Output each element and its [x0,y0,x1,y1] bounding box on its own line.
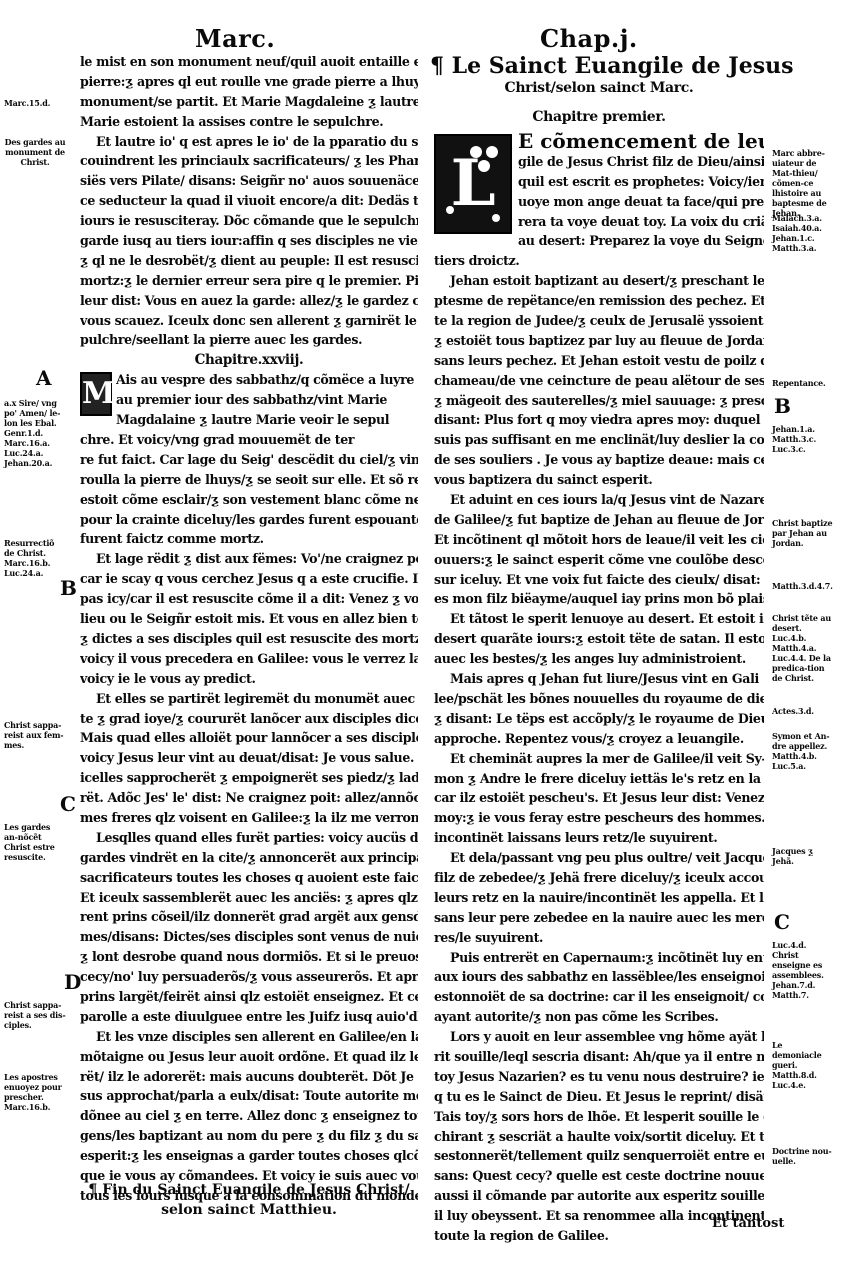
paragraph-james-john: Et dela/passant vng peu plus oultre/ vei… [434,848,764,947]
book-page: Marc. Chap.j. le mist en son monument ne… [0,0,842,1271]
gospel-title: ¶ Le Sainct Euangile de Jesus [430,52,764,80]
text-line: ouuers:ƺ le sainct esperit cõme vne coul… [434,550,764,570]
text-line: Marie estoient la assises contre le sepu… [80,112,418,132]
chapter-heading-premier: Chapitre premier. [434,106,764,128]
text-line: aussi il cõmande par autorite aux esperi… [434,1186,764,1206]
text-line: prins largët/feirët ainsi qlz estoiët en… [80,987,418,1007]
text-line: mõtaigne ou Jesus leur auoit ordõne. Et … [80,1047,418,1067]
text-line: sestonnerët/tellement quilz senquerroiët… [434,1146,764,1166]
paragraph-guards: Et lautre io' q est apres le io' de la p… [80,132,418,351]
section-marker-a: A [36,368,52,388]
text-line: mortz:ƺ le dernier erreur sera pire q le… [80,271,418,291]
text-line: es mon filz biëayme/auquel iay prins mon… [434,589,764,609]
text-line: iours ie resusciteray. Dõc cõmande que l… [80,211,418,231]
text-line: tiers droictz. [434,251,764,271]
section-marker-d: D [64,972,81,992]
text-line: rera ta voye deuat toy. La voix du criät [518,212,764,232]
text-line: voicy Jesus leur vint au deuat/disat: Je… [80,748,418,768]
text-line: siës vers Pilate/ disans: Seigñr no' auo… [80,171,418,191]
text-line: car ie scay q vous cerchez Jesus q a est… [80,569,418,589]
text-line: Et dela/passant vng peu plus oultre/ vei… [434,848,764,868]
text-line: quil est escrit es prophetes: Voicy/ien- [518,172,764,192]
text-line: Puis entrerët en Capernaum:ƺ incõtinët l… [434,948,764,968]
paragraph-women: Et elles se partirët legiremët du monumë… [80,689,418,828]
text-line: rët/ ilz le adorerët: mais aucuns doubte… [80,1067,418,1087]
margin-note-left: Marc.15.d. [4,98,66,108]
text-line: te la region de Judee/ƺ ceulx de Jerusal… [434,311,764,331]
text-line: au premier iour des sabbathz/vint Marie [116,390,418,410]
margin-note-left: a.x Sire/ vng po' Amen/ le-lon les Ebal.… [4,398,66,468]
paragraph-preaching: Mais apres q Jehan fut liure/Jesus vint … [434,669,764,749]
text-line: aux iours des sabbathz en lassëblee/les … [434,967,764,987]
text-line: mon ƺ Andre le frere diceluy iettäs le's… [434,769,764,789]
text-line: re fut faict. Car lage du Seig' descëdit… [80,450,418,470]
text-line: voicy il vous precedera en Galilee: vous… [80,649,418,669]
text-line: ƺ lont desrobe quand nous dormiõs. Et si… [80,947,418,967]
text-line: roulla la pierre de lhuys/ƺ se seoit sur… [80,470,418,490]
text-line: pulchre/seellant la pierre auec les gard… [80,330,418,350]
running-head-right: Chap.j. [540,24,638,53]
paragraph-baptism: Et aduint en ces iours la/q Jesus vint d… [434,490,764,609]
text-line: sans leurs pechez. Et Jehan estoit vestu… [434,351,764,371]
paragraph-burial: le mist en son monument neuf/quil auoit … [80,52,418,132]
text-line: ayant autorite/ƺ non pas cõme les Scribe… [434,1007,764,1027]
text-line: ƺ dictes a ses disciples quil est resusc… [80,629,418,649]
text-line: Mais quad elles alloiët pour lannõcer a … [80,728,418,748]
text-line: res/le suyuirent. [434,928,764,948]
text-line: ƺ ql ne le desrobët/ƺ dient au peuple: I… [80,251,418,271]
text-line: Lesqlles quand elles furët parties: voic… [80,828,418,848]
text-line: furent faictz comme mortz. [80,529,418,549]
text-line: rent prins cõseil/ilz donnerët grad argë… [80,907,418,927]
text-line: Tais toy/ƺ sors hors de lhõe. Et lesperi… [434,1107,764,1127]
text-line: ƺ estoiët tous baptizez par luy au fleuu… [434,331,764,351]
text-line: icelles sapprocherët ƺ empoignerët ses p… [80,768,418,788]
ornamental-initial-l: L [434,134,512,234]
text-line: ce seducteur la quad il viuoit encore/a … [80,191,418,211]
text-line: toy Jesus Nazarien? es tu venu nous dest… [434,1067,764,1087]
text-line: garde iusq au tiers iour:affin q ses dis… [80,231,418,251]
text-line: sans: Quest cecy? quelle est ceste doctr… [434,1166,764,1186]
text-line: vous scauez. Iceulx donc sen allerent ƺ … [80,311,418,331]
margin-note-left: Christ sappa-reist aux fem-mes. [4,720,66,750]
section-marker-c-right: C [774,912,790,932]
margin-note-left: Les gardes an-nõcẽt Christ estre resusci… [4,822,66,862]
text-line: chirant ƺ sescriät a haulte voix/sortit … [434,1127,764,1147]
paragraph-simon-andrew: Et cheminät aupres la mer de Galilee/il … [434,749,764,848]
colophon: ¶ Fin du Sainct Euangile de Jesus Christ… [80,1180,418,1220]
text-line: gardes vindrët en la cite/ƺ annoncerët a… [80,848,418,868]
text-line: uoye mon ange deuat ta face/qui prepa [518,192,764,212]
text-line: approche. Repentez vous/ƺ croyez a leuan… [434,729,764,749]
section-marker-b: B [60,578,77,598]
text-line: moy:ƺ ie vous feray estre pescheurs des … [434,808,764,828]
text-line: ƺ mägeoit des sauterelles/ƺ miel sauuage… [434,391,764,411]
text-line: sacrificateurs toutes les choses q auoie… [80,868,418,888]
text-line: Lors y auoit en leur assemblee vng hõme … [434,1027,764,1047]
text-line: Jehan estoit baptizant au desert/ƺ presc… [434,271,764,291]
section-marker-b-right: B [774,396,791,416]
margin-note-left: Resurrectiõ de Christ. Marc.16.b. Luc.24… [4,538,66,578]
text-line: Ais au vespre des sabbathz/q cõmëce a lu… [116,370,418,390]
text-line: lieu ou le Seigñr estoit mis. Et vous en… [80,609,418,629]
margin-note-right: Marc abbre-uiateur de Mat-thieu/ cõmen-c… [772,148,834,218]
text-line: le mist en son monument neuf/quil auoit … [80,52,418,72]
margin-note-left: Christ sappa-reist a ses dis-ciples. [4,1000,66,1030]
text-line: desert quarãte iours:ƺ estoit tëte de sa… [434,629,764,649]
margin-note-right: Jacques ƺ Jehã. [772,846,834,866]
text-line: voicy ie le vous ay predict. [80,669,418,689]
text-line: Mais apres q Jehan fut liure/Jesus vint … [434,669,764,689]
paragraph-unclean-spirit: Lors y auoit en leur assemblee vng hõme … [434,1027,764,1246]
text-line: pas icy/car il est resuscite cõme il a d… [80,589,418,609]
text-line: auec les bestes/ƺ les anges luy administ… [434,649,764,669]
gospel-subtitle: Christ/selon sainct Marc. [434,80,764,96]
text-line: pierre:ƺ apres ql eut roulle vne grade p… [80,72,418,92]
paragraph-angel: Et lage rëdit ƺ dist aux fëmes: Vo'/ne c… [80,549,418,688]
text-line: esperit:ƺ les enseignas a garder toutes … [80,1146,418,1166]
text-line: mes/disans: Dictes/ses disciples sont ve… [80,927,418,947]
text-line: lee/pschät les bõnes nouuelles du royaum… [434,689,764,709]
text-line: chre. Et voicy/vng grad mouuemët de ter [80,430,418,450]
chapter-heading-xxviii: Chapitre.xxviij. [80,350,418,370]
text-line: Et iceulx sassemblerët auec les anciës: … [80,888,418,908]
text-line: ptesme de repëtance/en remission des pec… [434,291,764,311]
text-line: cecy/no' luy persuaderõs/ƺ vous asseurer… [80,967,418,987]
margin-note-right: Symon et An-dre appellez. Matth.4.b. Luc… [772,731,834,771]
text-line: sans leur pere zebedee en la nauire auec… [434,908,764,928]
text-line: E cõmencement de leuan [518,132,764,152]
text-line: leur dist: Vous en auez la garde: allez/… [80,291,418,311]
paragraph-guards-report: Lesqlles quand elles furët parties: voic… [80,828,418,1027]
text-line: dõnee au ciel ƺ en terre. Allez donc ƺ e… [80,1106,418,1126]
text-line: gens/les baptizant au nom du pere ƺ du f… [80,1126,418,1146]
text-line: vous baptizera du sainct esperit. [434,470,764,490]
catchword: Et tantost [712,1216,784,1231]
text-line: chameau/de vne ceincture de peau alëtour… [434,371,764,391]
text-line: Magdalaine ƺ lautre Marie veoir le sepul [116,410,418,430]
paragraph-capernaum: Puis entrerët en Capernaum:ƺ incõtinët l… [434,948,764,1028]
text-line: rit souille/leql sescria disant: Ah/que … [434,1047,764,1067]
colophon-line: selon sainct Matthieu. [80,1200,418,1220]
text-line: de ses souliers . Je vous ay baptize dea… [434,450,764,470]
colophon-line: ¶ Fin du Sainct Euangile de Jesus Christ… [80,1180,418,1200]
text-line: pour la crainte diceluy/les gardes furen… [80,510,418,530]
margin-note-right: Doctrine nou-uelle. [772,1146,834,1166]
margin-note-right: Christ tẽte au desert. Luc.4.b. Matth.4.… [772,613,834,683]
text-line: Et incõtinent ql mõtoit hors de leaue/il… [434,530,764,550]
margin-note-left: Les apostres enuoyez pour prescher. Marc… [4,1072,66,1112]
text-line: te ƺ grad ioye/ƺ coururët lanõcer aux di… [80,709,418,729]
paragraph-temptation: Et tãtost le sperit lenuoye au desert. E… [434,609,764,669]
text-line: Et aduint en ces iours la/q Jesus vint d… [434,490,764,510]
text-line: Et cheminät aupres la mer de Galilee/il … [434,749,764,769]
text-line: de Galilee/ƺ fut baptize de Jehan au fle… [434,510,764,530]
text-line: Et tãtost le sperit lenuoye au desert. E… [434,609,764,629]
text-line: au desert: Preparez la voye du Seigneur/… [518,231,764,251]
margin-note-right: Repentance. [772,378,834,388]
margin-note-right: Matth.3.d.4.7. [772,581,834,591]
margin-note-right: Malach.3.a. Isaiah.40.a. Jehan.1.c. Matt… [772,213,834,253]
text-line: disant: Plus fort q moy viedra apres moy… [434,410,764,430]
paragraph-resurrection: M Ais au vespre des sabbathz/q cõmëce a … [80,370,418,549]
text-line: Et elles se partirët legiremët du monumë… [80,689,418,709]
text-line: sur iceluy. Et vne voix fut faicte des c… [434,570,764,590]
text-line: ƺ disant: Le tëps est accõply/ƺ le royau… [434,709,764,729]
text-line: gile de Jesus Christ filz de Dieu/ainsi [518,152,764,172]
text-line: car ilz estoiët pescheu's. Et Jesus leur… [434,788,764,808]
paragraph-beginning: L E cõmencement de leuan gile de Jesus C… [434,132,764,271]
text-line: Et lautre io' q est apres le io' de la p… [80,132,418,152]
text-line: estonnoiët de sa doctrine: car il les en… [434,987,764,1007]
text-line: mes freres qlz voisent en Galilee:ƺ la i… [80,808,418,828]
text-line: Et lage rëdit ƺ dist aux fëmes: Vo'/ne c… [80,549,418,569]
text-line: sus approchat/parla a eulx/disat: Toute … [80,1086,418,1106]
margin-note-right: Actes.3.d. [772,706,834,716]
text-line: q tu es le Sainct de Dieu. Et Jesus le r… [434,1087,764,1107]
left-text-column: le mist en son monument neuf/quil auoit … [80,52,418,1206]
text-line: couindrent les princiaulx sacrificateurs… [80,151,418,171]
text-line: suis pas suffisant en me enclinät/luy de… [434,430,764,450]
text-line: monument/se partit. Et Marie Magdaleine … [80,92,418,112]
margin-note-right: Jehan.1.a. Matth.3.c. Luc.3.c. [772,424,834,454]
initial-letter: M [82,374,110,414]
text-line: estoit cõme esclair/ƺ son vestement blan… [80,490,418,510]
margin-note-right: Luc.4.d. Christ enseigne es assemblees. … [772,940,834,1000]
text-line: Et les vnze disciples sen allerent en Ga… [80,1027,418,1047]
text-line: parolle a este diuulguee entre les Juifz… [80,1007,418,1027]
ornamental-initial-m: M [80,372,112,416]
margin-note-right: Le demoniacle gueri. Matth.8.d. Luc.4.e. [772,1040,834,1090]
text-line: incontinët laissans leurs retz/le suyuir… [434,828,764,848]
text-line: leurs retz en la nauire/incontinët les a… [434,888,764,908]
text-line: filz de zebedee/ƺ Jehä frere diceluy/ƺ i… [434,868,764,888]
section-marker-c: C [60,794,76,814]
running-head-left: Marc. [195,24,275,53]
paragraph-great-commission: Et les vnze disciples sen allerent en Ga… [80,1027,418,1206]
margin-note-right: Christ baptize par Jehan au Jordan. [772,518,834,548]
margin-note-left: Des gardes au monument de Christ. [4,137,66,167]
paragraph-john-baptist: Jehan estoit baptizant au desert/ƺ presc… [434,271,764,490]
right-text-column: ¶ Le Sainct Euangile de Jesus Christ/sel… [434,52,764,1246]
text-line: rët. Adõc Jes' le' dist: Ne craignez poi… [80,788,418,808]
